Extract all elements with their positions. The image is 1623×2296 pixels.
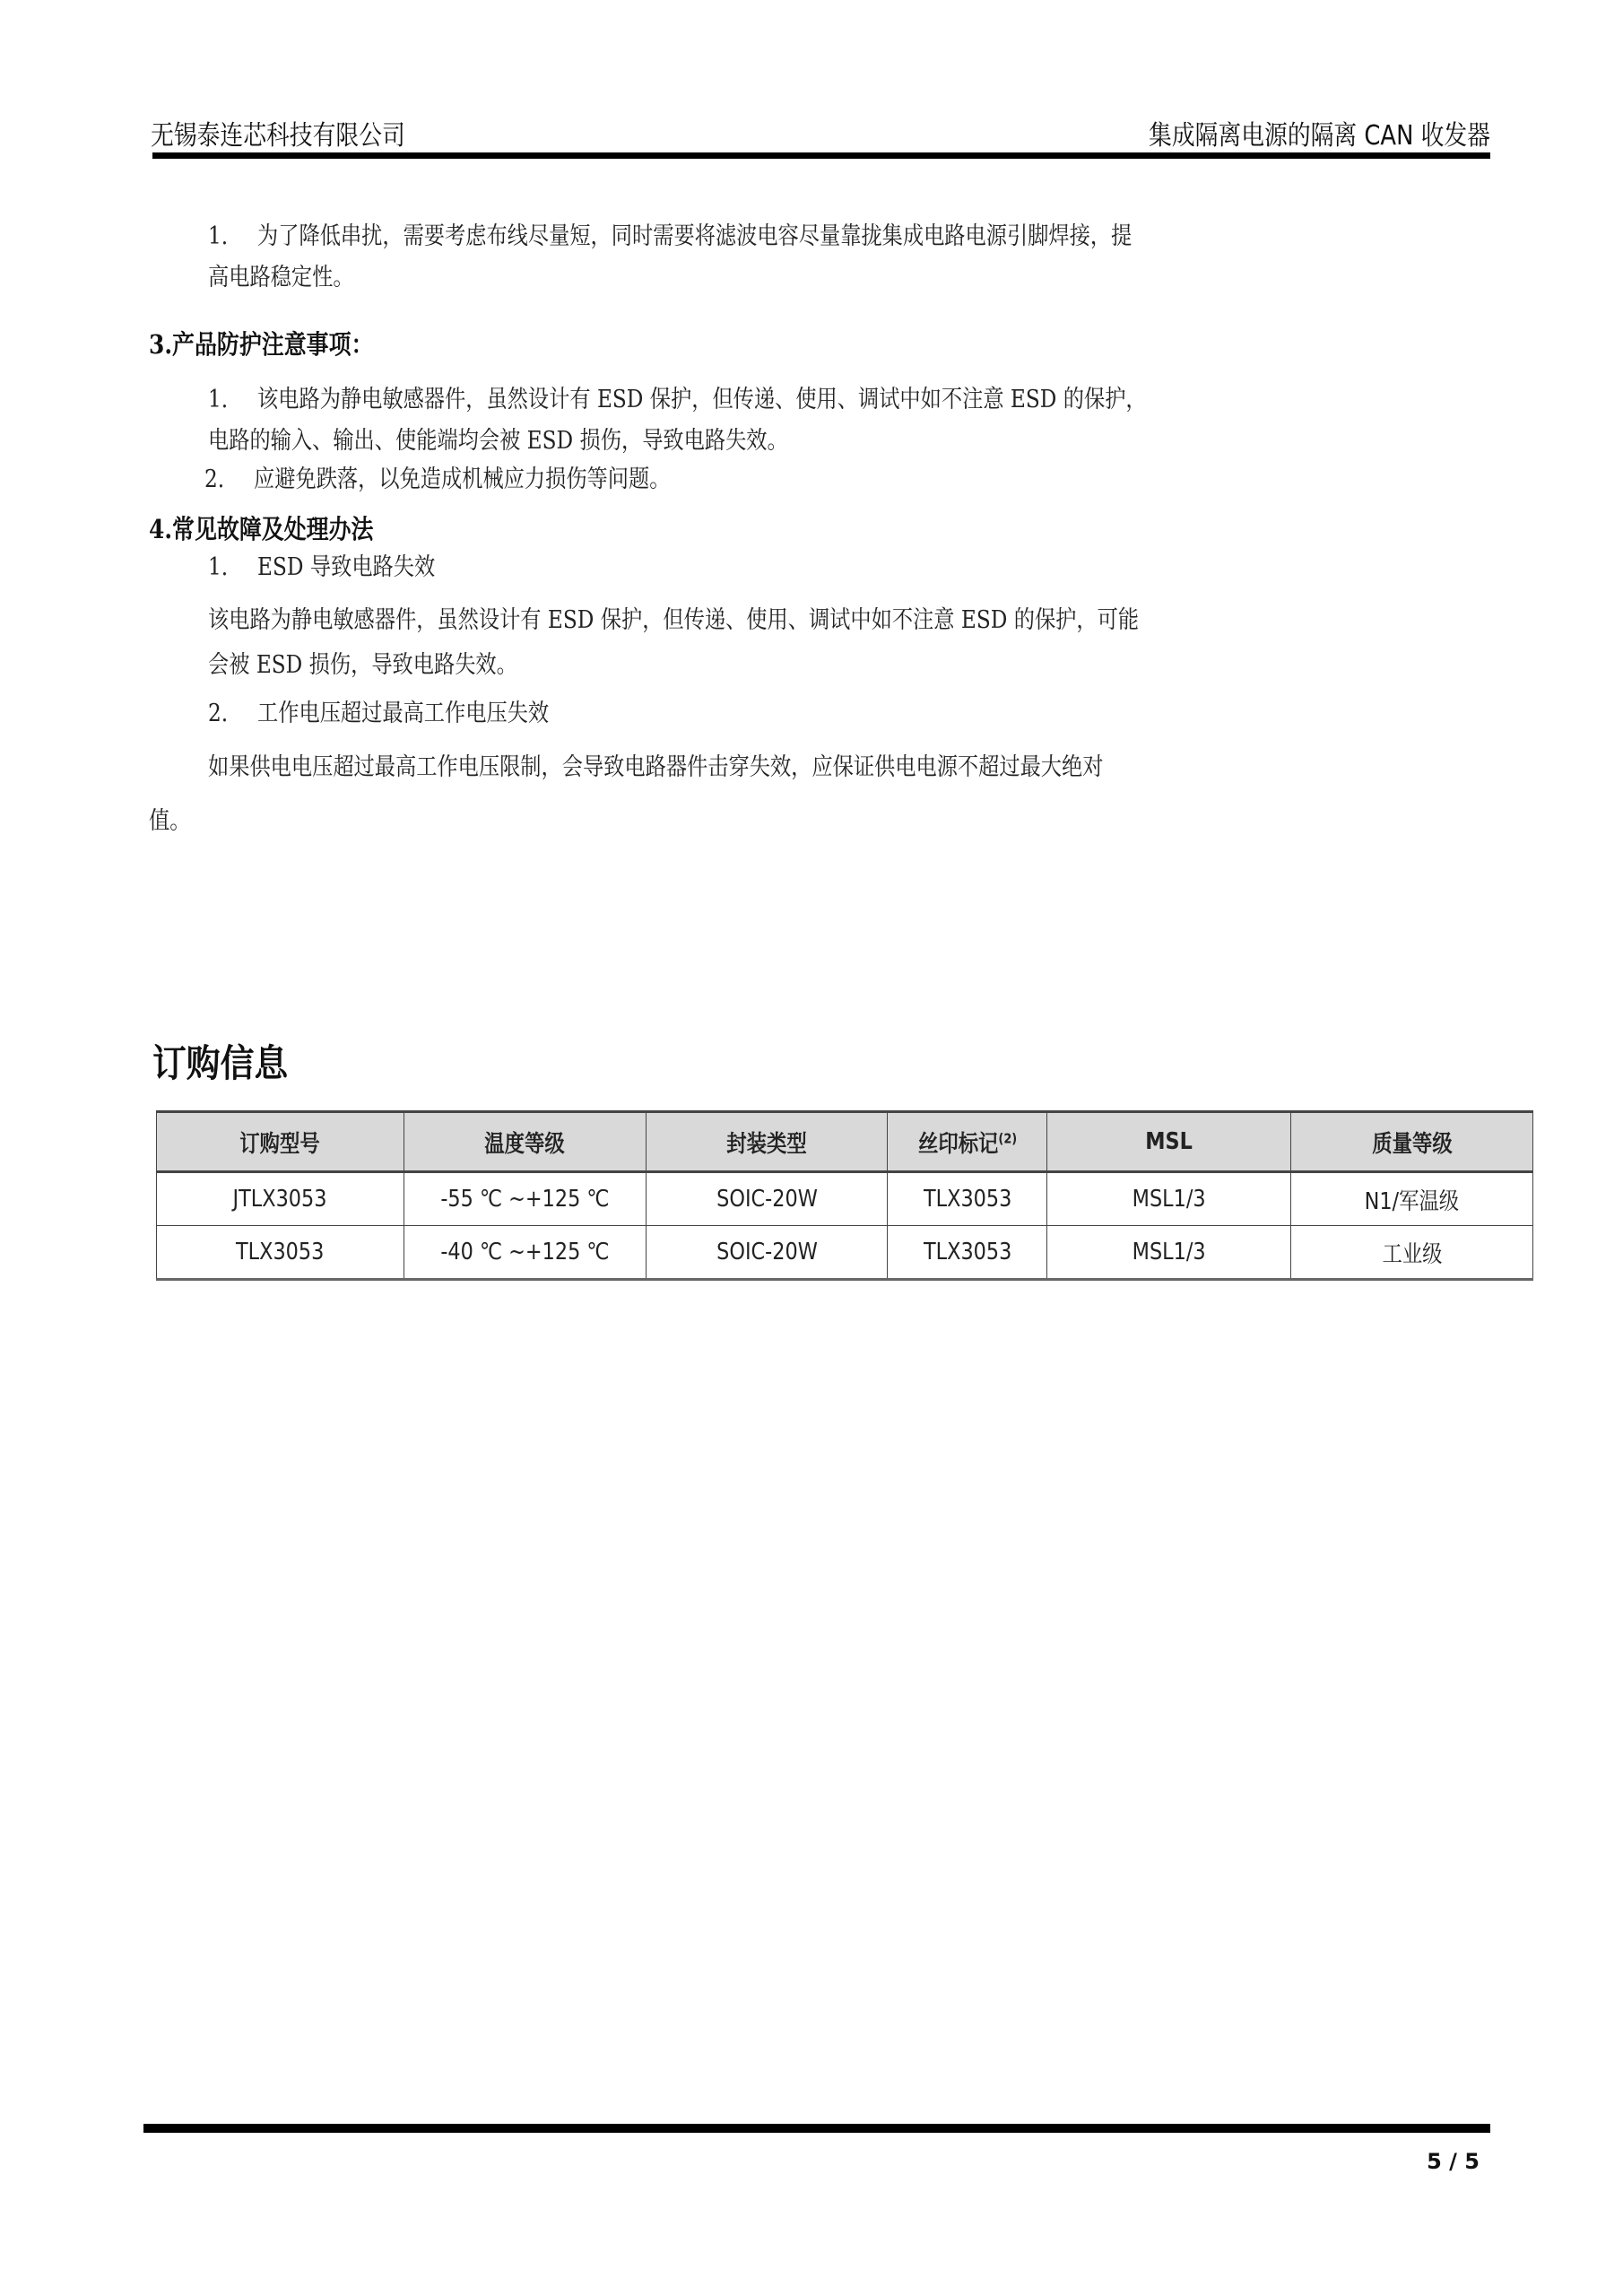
column-header-part-number: 订购型号 <box>157 1112 404 1172</box>
list-title: ESD 导致电路失效 <box>257 553 435 581</box>
page-number: 5 / 5 <box>1427 2145 1480 2178</box>
section-heading-protection: 3.产品防护注意事项： <box>149 326 374 362</box>
cell-temperature: -40 ℃ ~+125 ℃ <box>404 1226 646 1280</box>
header-company-name: 无锡泰连芯科技有限公司 <box>151 118 405 154</box>
cell-marking: TLX3053 <box>888 1226 1047 1280</box>
cell-package: SOIC-20W <box>646 1226 888 1280</box>
cell-msl: MSL1/3 <box>1047 1226 1291 1280</box>
cell-quality-grade: 工业级 <box>1291 1226 1533 1280</box>
list-item: 1.ESD 导致电路失效 <box>208 550 435 586</box>
list-item: 2.应避免跌落，以免造成机械应力损伤等问题。 <box>204 462 670 498</box>
list-text: 应避免跌落，以免造成机械应力损伤等问题。 <box>254 465 670 493</box>
cell-package: SOIC-20W <box>646 1172 888 1226</box>
table-header-row: 订购型号 温度等级 封装类型 丝印标记(2) MSL 质量等级 <box>157 1112 1533 1172</box>
list-number: 1. <box>208 382 257 418</box>
column-header-quality-grade: 质量等级 <box>1291 1112 1533 1172</box>
list-item: 1.为了降低串扰，需要考虑布线尽量短，同时需要将滤波电容尽量靠拢集成电路电源引脚… <box>208 219 1132 255</box>
column-header-temperature: 温度等级 <box>404 1112 646 1172</box>
list-number: 1. <box>208 550 257 586</box>
list-item: 1.该电路为静电敏感器件，虽然设计有 ESD 保护，但传递、使用、调试中如不注意… <box>208 382 1147 418</box>
ordering-info-heading: 订购信息 <box>152 1039 288 1089</box>
list-item-continuation: 高电路稳定性。 <box>208 260 354 296</box>
footnote-ref: (2) <box>998 1130 1017 1146</box>
list-number: 2. <box>208 696 257 732</box>
cell-temperature: -55 ℃ ~+125 ℃ <box>404 1172 646 1226</box>
list-item-continuation: 电路的输入、输出、使能端均会被 ESD 损伤，导致电路失效。 <box>208 423 788 459</box>
list-item: 2.工作电压超过最高工作电压失效 <box>208 696 549 732</box>
table-row: JTLX3053 -55 ℃ ~+125 ℃ SOIC-20W TLX3053 … <box>157 1172 1533 1226</box>
cell-msl: MSL1/3 <box>1047 1172 1291 1226</box>
column-header-package: 封装类型 <box>646 1112 888 1172</box>
list-number: 1. <box>208 219 257 255</box>
header-document-title: 集成隔离电源的隔离 CAN 收发器 <box>1149 118 1490 154</box>
header-divider <box>152 152 1490 159</box>
list-number: 2. <box>204 462 254 498</box>
list-title: 工作电压超过最高工作电压失效 <box>257 700 549 727</box>
list-text: 为了降低串扰，需要考虑布线尽量短，同时需要将滤波电容尽量靠拢集成电路电源引脚焊接… <box>257 222 1132 250</box>
footer-divider <box>143 2124 1490 2133</box>
column-header-msl: MSL <box>1047 1112 1291 1172</box>
cell-part-number: JTLX3053 <box>157 1172 404 1226</box>
ordering-table: 订购型号 温度等级 封装类型 丝印标记(2) MSL 质量等级 JTLX3053… <box>156 1110 1533 1281</box>
list-text: 该电路为静电敏感器件，虽然设计有 ESD 保护，但传递、使用、调试中如不注意 E… <box>257 386 1147 413</box>
cell-quality-grade: N1/军温级 <box>1291 1172 1533 1226</box>
paragraph-continuation: 值。 <box>149 804 190 839</box>
cell-marking: TLX3053 <box>888 1172 1047 1226</box>
cell-part-number: TLX3053 <box>157 1226 404 1280</box>
table-row: TLX3053 -40 ℃ ~+125 ℃ SOIC-20W TLX3053 M… <box>157 1226 1533 1280</box>
paragraph: 如果供电电压超过最高工作电压限制，会导致电路器件击穿失效，应保证供电电源不超过最… <box>208 750 1103 786</box>
paragraph: 该电路为静电敏感器件，虽然设计有 ESD 保护，但传递、使用、调试中如不注意 E… <box>208 603 1139 639</box>
section-heading-troubleshooting: 4.常见故障及处理办法 <box>149 511 374 547</box>
paragraph-continuation: 会被 ESD 损伤，导致电路失效。 <box>208 648 517 683</box>
column-header-marking: 丝印标记(2) <box>888 1112 1047 1172</box>
